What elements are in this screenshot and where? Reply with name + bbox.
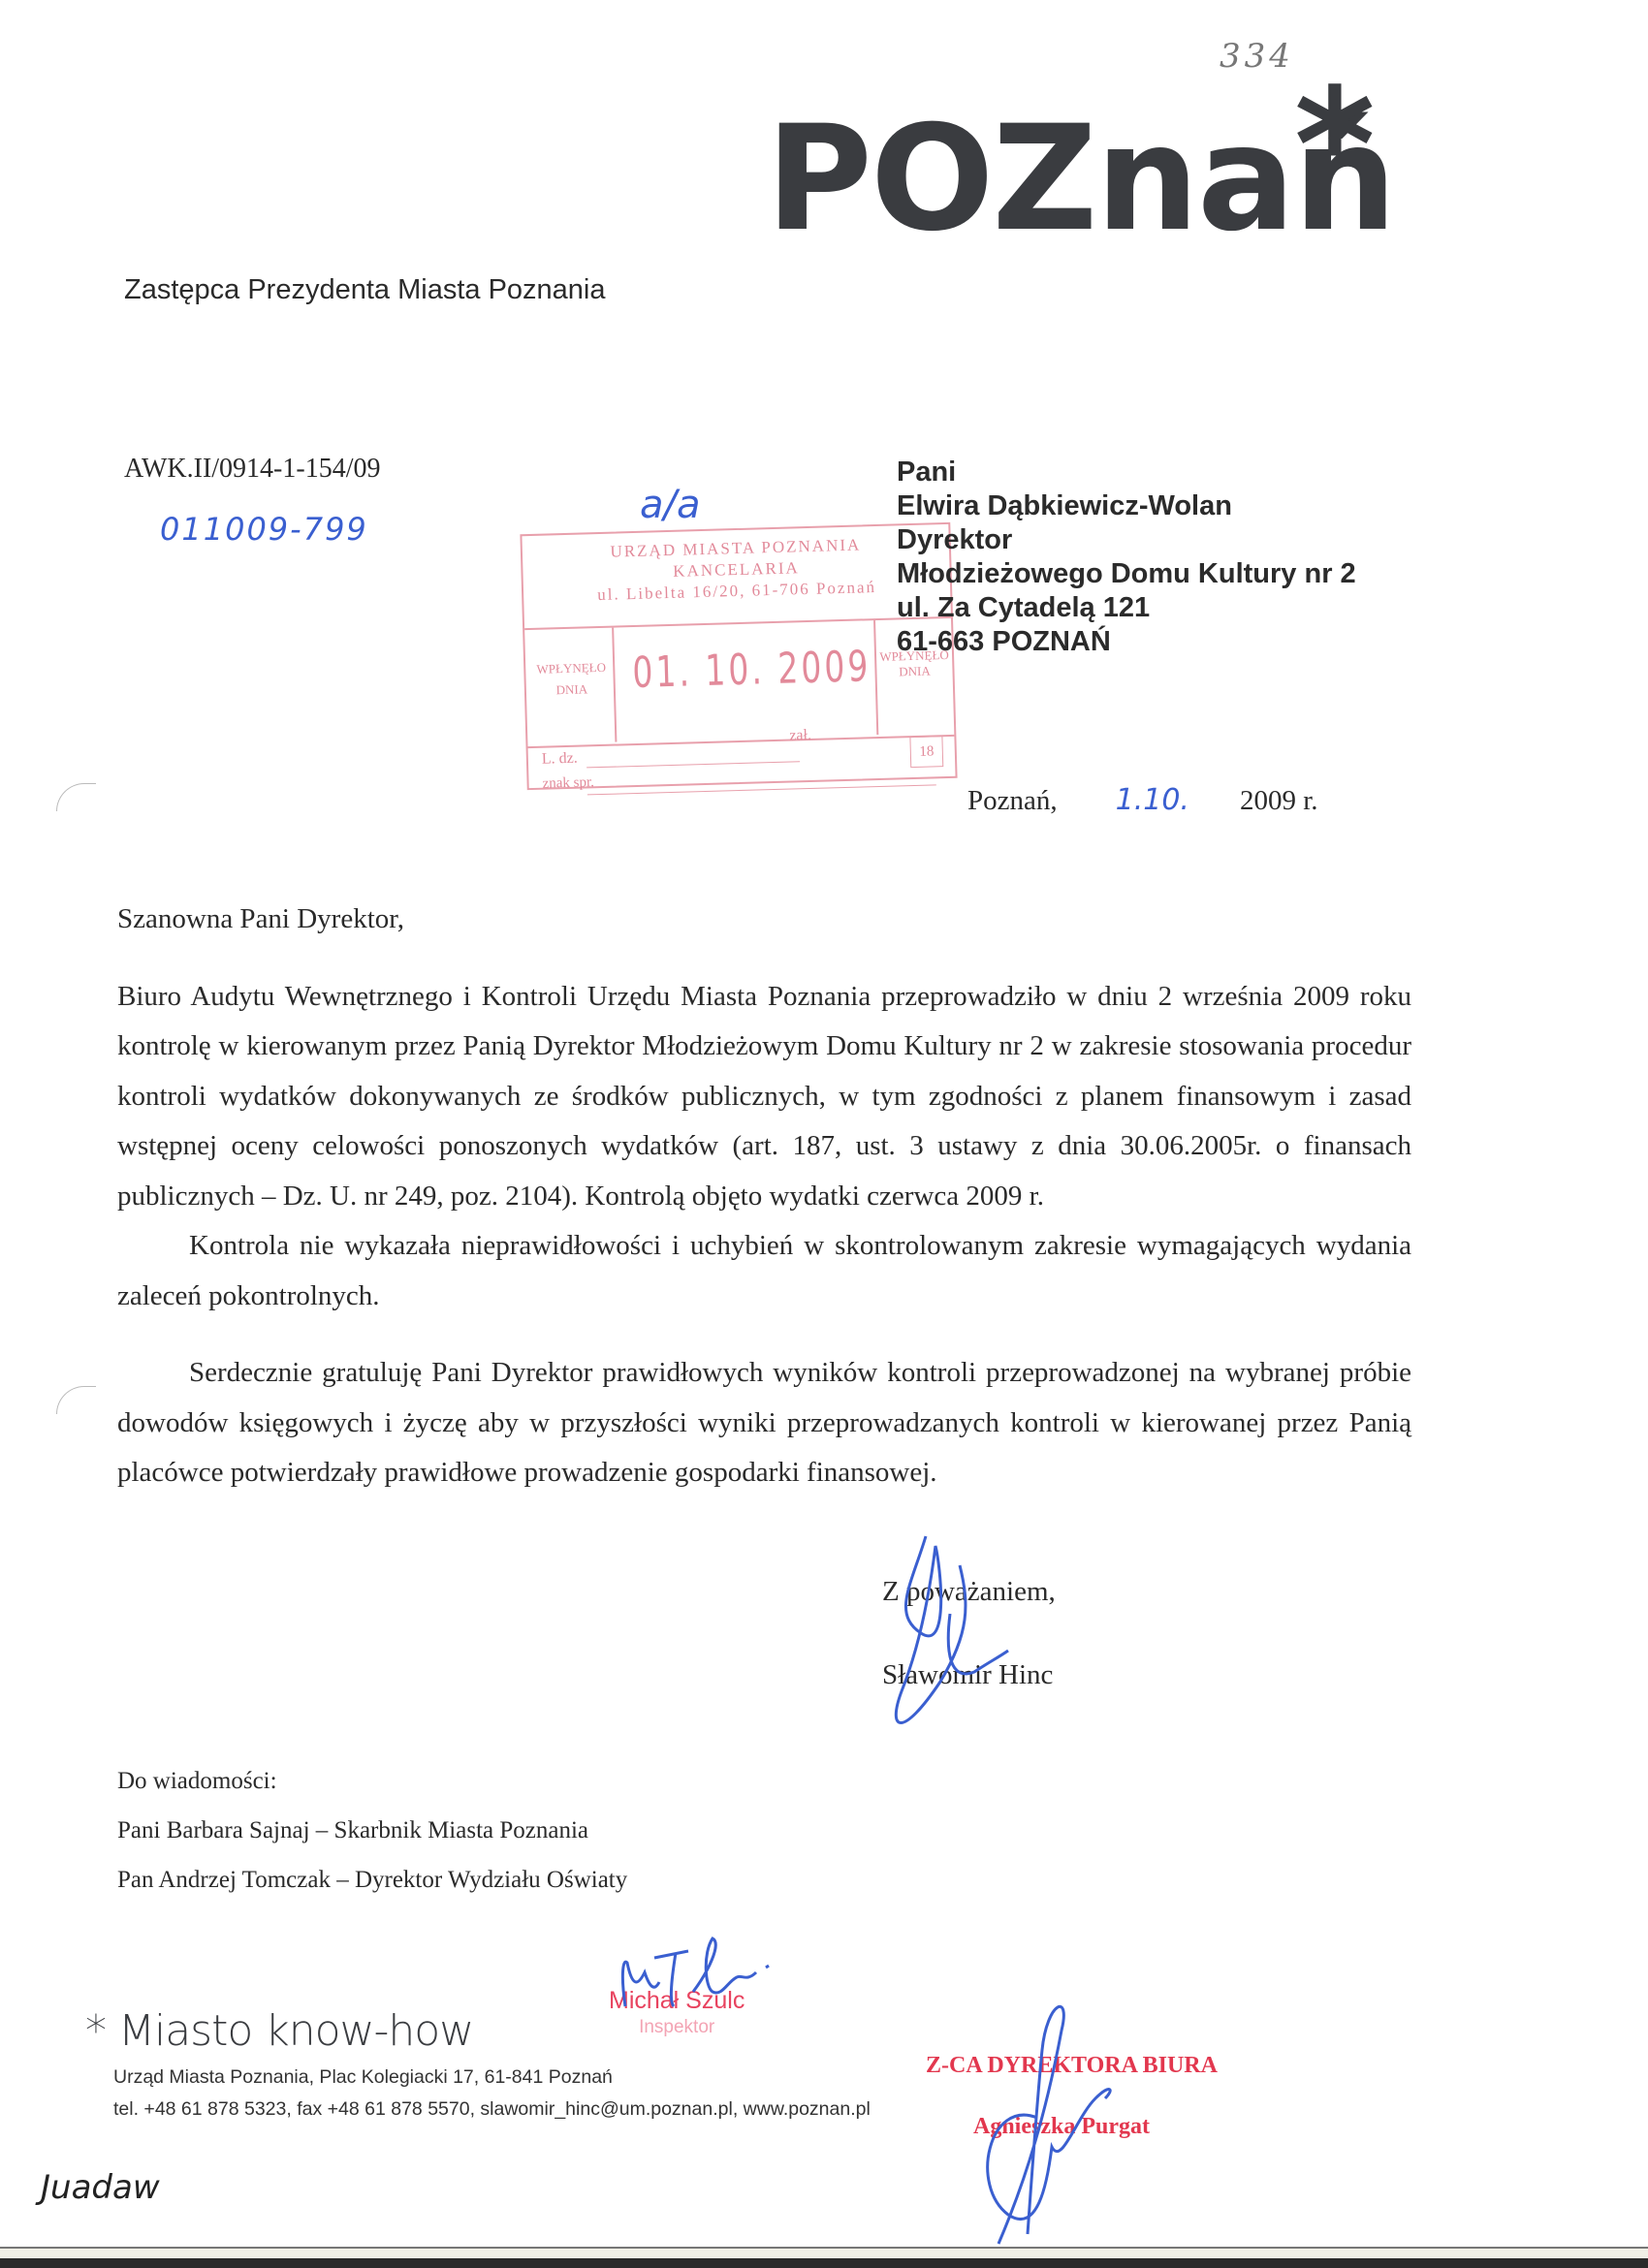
signature-szulc — [616, 1934, 780, 2016]
recipient-address: Pani Elwira Dąbkiewicz-Wolan Dyrektor Mł… — [897, 456, 1356, 659]
cc-list: Do wiadomości: Pani Barbara Sajnaj – Ska… — [117, 1769, 627, 1917]
registry-stamp: URZĄD MIASTA POZNANIA KANCELARIA ul. Lib… — [520, 522, 957, 790]
bottom-initials-handwritten: Juadaw — [41, 2168, 160, 2207]
cc-recipient: Pani Barbara Sajnaj – Skarbnik Miasta Po… — [117, 1818, 627, 1843]
recipient-line: Elwira Dąbkiewicz-Wolan — [897, 489, 1356, 523]
footer-address: Urząd Miasta Poznania, Plac Kolegiacki 1… — [113, 2066, 613, 2089]
recipient-line: ul. Za Cytadelą 121 — [897, 591, 1356, 625]
body-paragraph: Biuro Audytu Wewnętrznego i Kontroli Urz… — [117, 972, 1411, 1222]
signature-hinc — [882, 1527, 1018, 1740]
letter-body: Szanowna Pani Dyrektor, Biuro Audytu Wew… — [117, 895, 1411, 1498]
salutation: Szanowna Pani Dyrektor, — [117, 895, 1411, 945]
signature-purgat — [969, 1992, 1125, 2253]
footer-contact: tel. +48 61 878 5323, fax +48 61 878 557… — [113, 2098, 871, 2121]
punch-hole-mark — [56, 783, 96, 811]
stamp-znak-label: znak spr. — [542, 774, 594, 792]
page-number-handwritten: 334 — [1220, 37, 1294, 76]
stamp-header: URZĄD MIASTA POZNANIA KANCELARIA ul. Lib… — [523, 532, 951, 608]
logo-star-icon: * — [1294, 68, 1376, 223]
punch-hole-mark — [56, 1386, 96, 1414]
recipient-line: Pani — [897, 456, 1356, 489]
stamp-zal-label: zał. — [789, 727, 811, 745]
date-year: 2009 r. — [1240, 785, 1318, 816]
recipient-line: 61-663 POZNAŃ — [897, 625, 1356, 659]
date-handwritten: 1.10. — [1116, 783, 1189, 817]
footer-tagline: * Miasto know-how — [85, 2006, 473, 2056]
stamp-annotation-handwritten: a/a — [640, 483, 701, 527]
cc-heading: Do wiadomości: — [117, 1769, 627, 1793]
stamp-field-line — [587, 784, 936, 795]
stamp-field-line — [586, 761, 800, 768]
inspector-role: Inspektor — [609, 2014, 745, 2041]
stamp-date: 01. 10. 2009 — [632, 642, 872, 698]
stamp-date-row: WPŁYNĘŁO DNIA 01. 10. 2009 WPŁYNĘŁO DNIA — [524, 616, 954, 748]
sender-title: Zastępca Prezydenta Miasta Poznania — [124, 274, 606, 306]
tagline-star-icon: * — [85, 2006, 106, 2056]
recipient-line: Dyrektor — [897, 523, 1356, 557]
stamp-received-label: WPŁYNĘŁO DNIA — [528, 628, 617, 744]
scan-bottom-edge — [0, 2247, 1648, 2268]
date-place: Poznań, — [967, 785, 1058, 816]
incoming-number-handwritten: 011009-799 — [160, 511, 368, 548]
body-paragraph: Kontrola nie wykazała nieprawidłowości i… — [117, 1221, 1411, 1321]
body-paragraph: Serdecznie gratuluję Pani Dyrektor prawi… — [117, 1348, 1411, 1498]
tagline-text: Miasto know-how — [118, 2006, 473, 2056]
stamp-ldz-label: L. dz. — [542, 750, 578, 769]
cc-recipient: Pan Andrzej Tomczak – Dyrektor Wydziału … — [117, 1868, 627, 1892]
recipient-line: Młodzieżowego Domu Kultury nr 2 — [897, 557, 1356, 591]
date-line: Poznań,1.10.2009 r. — [967, 783, 1318, 817]
stamp-box-number: 18 — [909, 736, 943, 768]
case-reference-number: AWK.II/0914-1-154/09 — [124, 454, 380, 485]
